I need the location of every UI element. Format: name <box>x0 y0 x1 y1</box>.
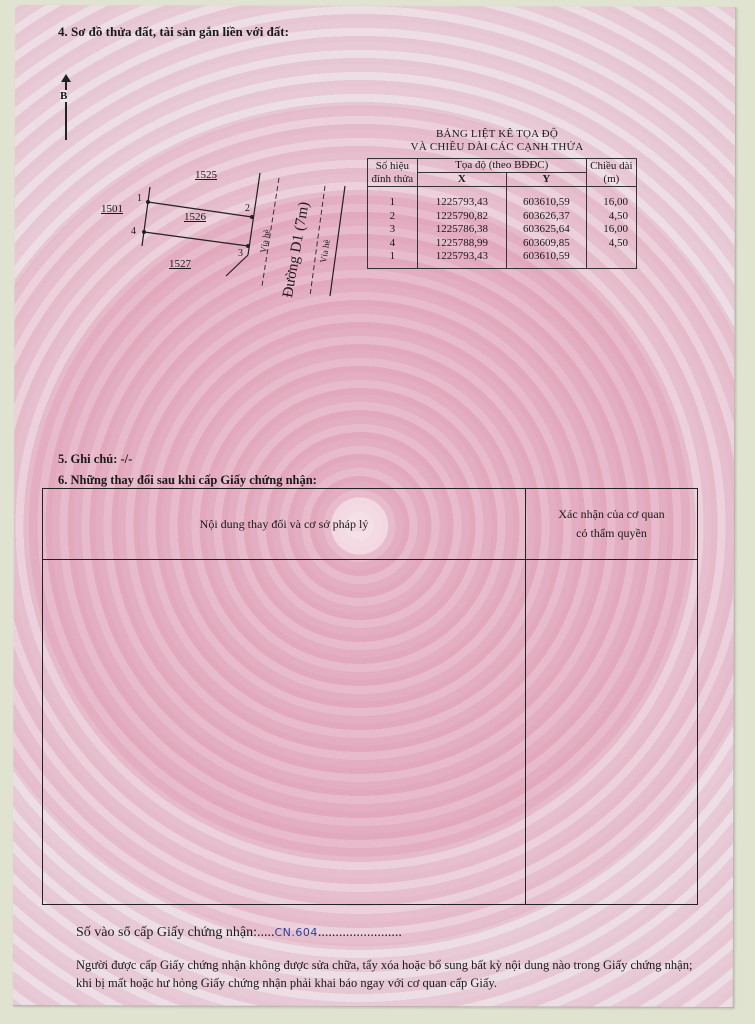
coord-table-title: BẢNG LIỆT KÊ TỌA ĐỘ VÀ CHIỀU DÀI CÁC CẠN… <box>372 128 622 154</box>
parcel-1501: 1501 <box>101 203 123 215</box>
vertex-3-label: 3 <box>238 248 243 259</box>
section-6-title: 6. Những thay đổi sau khi cấp Giấy chứng… <box>58 473 317 488</box>
vertex-1-label: 1 <box>137 193 142 204</box>
coord-table-title-line1: BẢNG LIỆT KÊ TỌA ĐỘ <box>372 128 622 141</box>
parcel-1525: 1525 <box>195 169 217 181</box>
coord-table-title-line2: VÀ CHIỀU DÀI CÁC CẠNH THỬA <box>372 141 622 154</box>
header-vertex: Số hiệu đỉnh thửa <box>368 159 418 187</box>
table-row: 1 2 3 4 1 1225793,43 1225790,82 1225786,… <box>368 187 637 269</box>
header-length: Chiều dài (m) <box>586 159 636 187</box>
registry-label: Số vào sổ cấp Giấy chứng nhận: <box>76 925 257 940</box>
changes-content-cell <box>43 560 526 905</box>
header-x: X <box>417 173 506 187</box>
vertex-4-label: 4 <box>131 226 136 237</box>
vertex-2-label: 2 <box>245 203 250 214</box>
changes-confirmation-cell <box>526 560 698 905</box>
section-5-note: 5. Ghi chú: -/- <box>58 452 132 467</box>
parcel-1527: 1527 <box>169 258 191 270</box>
header-y: Y <box>507 173 587 187</box>
registry-number-line: Số vào sổ cấp Giấy chứng nhận:.....CN.60… <box>76 925 402 941</box>
changes-col-content: Nội dung thay đổi và cơ sở pháp lý <box>43 489 526 560</box>
parcel-1526: 1526 <box>184 211 206 223</box>
notice-text: Người được cấp Giấy chứng nhận không đượ… <box>76 956 696 992</box>
coord-table: Số hiệu đỉnh thửa Tọa độ (theo BĐĐC) Chi… <box>367 158 637 269</box>
registry-number-value: CN.604 <box>275 926 318 939</box>
changes-col-confirmation: Xác nhận của cơ quan có thẩm quyền <box>526 489 698 560</box>
header-coord: Tọa độ (theo BĐĐC) <box>417 159 586 173</box>
changes-table: Nội dung thay đổi và cơ sở pháp lý Xác n… <box>42 488 698 905</box>
